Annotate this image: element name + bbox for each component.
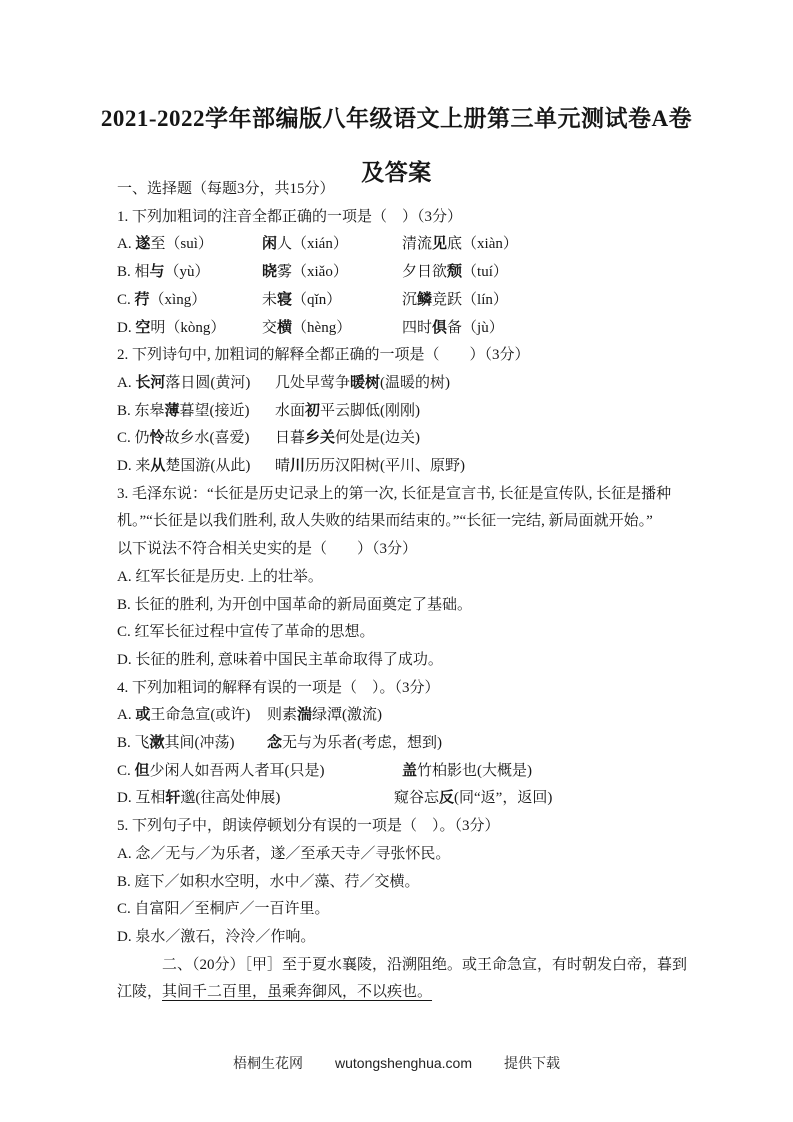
section-two-passage-line-2: 江陵，其间千二百里，虽乘奔御风，不以疾也。 [117, 979, 679, 1007]
question-1-option-d: D. 空明（kòng）交横（hèng）四时俱备（jù） [117, 315, 679, 343]
question-2-option-b: B. 东皋薄暮望(接近)水面初平云脚低(刚刚) [117, 398, 679, 426]
question-2-stem: 2. 下列诗句中, 加粗词的解释全都正确的一项是（ ）（3分） [117, 342, 679, 370]
question-2-option-d: D. 来从楚国游(从此)晴川历历汉阳树(平川、原野) [117, 453, 679, 481]
section-two-passage-line-1: 二、（20分）［甲］至于夏水襄陵，沿溯阻绝。或王命急宣，有时朝发白帝，暮到 [117, 952, 679, 980]
question-5-option-d: D. 泉水／激石，泠泠／作响。 [117, 924, 679, 952]
question-4-option-c: C. 但少闲人如吾两人者耳(只是)盖竹柏影也(大概是) [117, 758, 679, 786]
footer-site-url: wutongshenghua.com [335, 1055, 472, 1071]
document-body: 一、选择题（每题3分，共15分） 1. 下列加粗词的注音全都正确的一项是（ ）（… [117, 176, 679, 1007]
question-3-stem-line-3: 以下说法不符合相关史实的是（ ）（3分） [117, 536, 679, 564]
question-4-stem: 4. 下列加粗词的解释有误的一项是（ ）。（3分） [117, 675, 679, 703]
page-footer: 梧桐生花网 wutongshenghua.com 提供下载 [0, 1053, 793, 1073]
question-2-option-c: C. 仍怜故乡水(喜爱)日暮乡关何处是(边关) [117, 425, 679, 453]
question-4-option-b: B. 飞漱其间(冲荡)念无与为乐者(考虑，想到) [117, 730, 679, 758]
question-3-option-a: A. 红军长征是历史. 上的壮举。 [117, 564, 679, 592]
document-title-line-1: 2021-2022学年部编版八年级语文上册第三单元测试卷A卷 [0, 92, 793, 146]
question-3-stem-line-1: 3. 毛泽东说：“长征是历史记录上的第一次, 长征是宣言书, 长征是宣传队, 长… [117, 481, 679, 509]
question-1-option-a: A. 遂至（suì）闲人（xián）清流见底（xiàn） [117, 231, 679, 259]
question-3-option-d: D. 长征的胜利, 意味着中国民主革命取得了成功。 [117, 647, 679, 675]
question-3-option-b: B. 长征的胜利, 为开创中国革命的新局面奠定了基础。 [117, 592, 679, 620]
test-paper-page: 2021-2022学年部编版八年级语文上册第三单元测试卷A卷 及答案 一、选择题… [0, 0, 793, 1122]
question-5-stem: 5. 下列句子中，朗读停顿划分有误的一项是（ ）。（3分） [117, 813, 679, 841]
question-3-stem-line-2: 机。”“长征是以我们胜利, 敌人失败的结果而结束的。”“长征一完结, 新局面就开… [117, 508, 679, 536]
question-4-option-d: D. 互相轩邈(往高处伸展)窥谷忘反(同“返”，返回) [117, 785, 679, 813]
question-5-option-a: A. 念／无与／为乐者，遂／至承天寺／寻张怀民。 [117, 841, 679, 869]
section-one-heading: 一、选择题（每题3分，共15分） [117, 176, 679, 204]
question-2-option-a: A. 长河落日圆(黄河)几处早莺争暖树(温暖的树) [117, 370, 679, 398]
question-4-option-a: A. 或王命急宣(或许)则素湍绿潭(激流) [117, 702, 679, 730]
question-5-option-b: B. 庭下／如积水空明，水中／藻、荇／交横。 [117, 869, 679, 897]
footer-site-name: 梧桐生花网 [233, 1053, 303, 1073]
question-1-option-c: C. 荇（xìng）未寝（qǐn）沉鳞竞跃（lín） [117, 287, 679, 315]
footer-note: 提供下载 [504, 1053, 560, 1073]
question-1-stem: 1. 下列加粗词的注音全都正确的一项是（ ）（3分） [117, 204, 679, 232]
question-1-option-b: B. 相与（yù）晓雾（xiǎo）夕日欲颓（tuí） [117, 259, 679, 287]
question-3-option-c: C. 红军长征过程中宣传了革命的思想。 [117, 619, 679, 647]
question-5-option-c: C. 自富阳／至桐庐／一百许里。 [117, 896, 679, 924]
